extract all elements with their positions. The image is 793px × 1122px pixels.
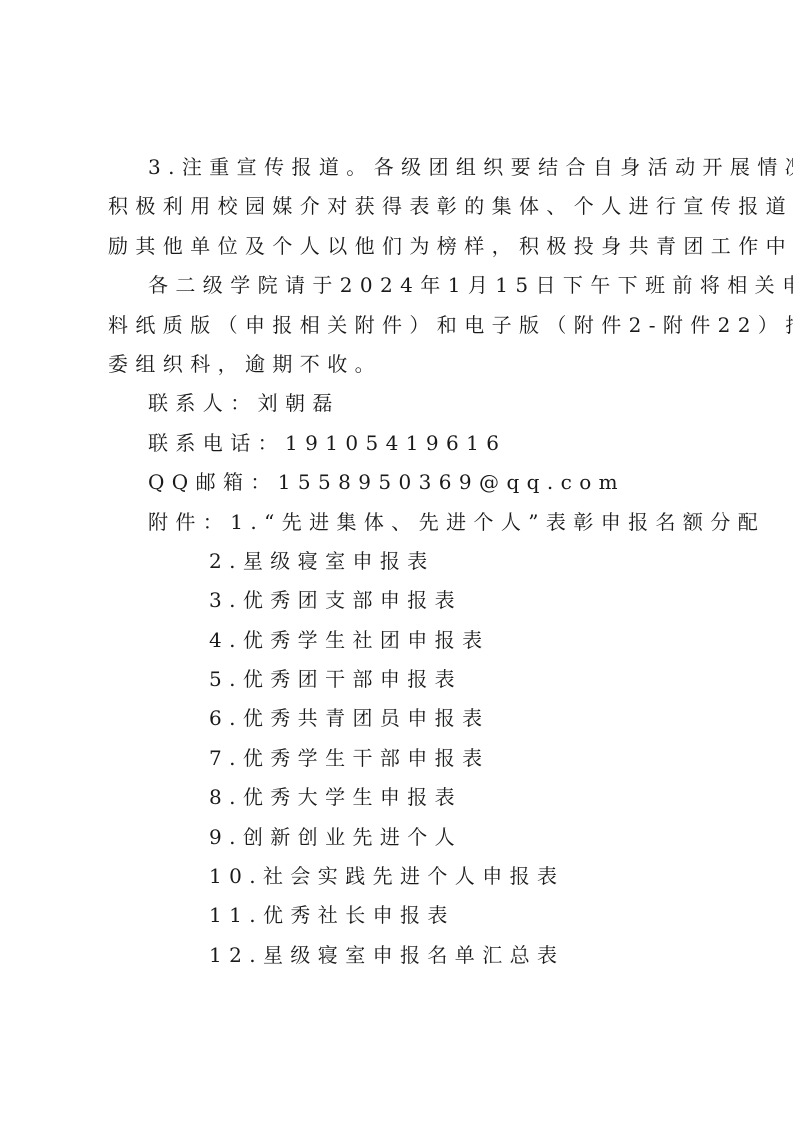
- paragraph-deadline: 各二级学院请于2024年1月15日下午下班前将相关申报材 料纸质版（申报相关附件…: [108, 266, 688, 384]
- attachment-item-10: 10.社会实践先进个人申报表: [108, 857, 688, 896]
- contact-person: 联系人：刘朝磊: [108, 384, 688, 423]
- document-page: 3.注重宣传报道。各级团组织要结合自身活动开展情况， 积极利用校园媒介对获得表彰…: [108, 148, 688, 975]
- text-line: 料纸质版（申报相关附件）和电子版（附件2-附件22）报送团: [108, 306, 688, 345]
- attachment-item-9: 9.创新创业先进个人: [108, 818, 688, 857]
- text-line: 励其他单位及个人以他们为榜样，积极投身共青团工作中去。: [108, 227, 688, 266]
- paragraph-publicity: 3.注重宣传报道。各级团组织要结合自身活动开展情况， 积极利用校园媒介对获得表彰…: [108, 148, 688, 266]
- attachment-item-12: 12.星级寝室申报名单汇总表: [108, 936, 688, 975]
- attachment-item-5: 5.优秀团干部申报表: [108, 660, 688, 699]
- attachment-list: 附件：1.“先进集体、先进个人”表彰申报名额分配 2.星级寝室申报表 3.优秀团…: [108, 503, 688, 976]
- attachment-item-3: 3.优秀团支部申报表: [108, 581, 688, 620]
- attachment-item-6: 6.优秀共青团员申报表: [108, 699, 688, 738]
- attachment-item-7: 7.优秀学生干部申报表: [108, 739, 688, 778]
- text-line: 3.注重宣传报道。各级团组织要结合自身活动开展情况，: [108, 148, 688, 187]
- attachment-item-11: 11.优秀社长申报表: [108, 896, 688, 935]
- text-line: 积极利用校园媒介对获得表彰的集体、个人进行宣传报道，激: [108, 187, 688, 226]
- attachment-item-2: 2.星级寝室申报表: [108, 542, 688, 581]
- text-line: 各二级学院请于2024年1月15日下午下班前将相关申报材: [108, 266, 688, 305]
- attachment-item-8: 8.优秀大学生申报表: [108, 778, 688, 817]
- contact-phone: 联系电话：19105419616: [108, 424, 688, 463]
- attachment-item-4: 4.优秀学生社团申报表: [108, 621, 688, 660]
- contact-block: 联系人：刘朝磊 联系电话：19105419616 QQ邮箱：1558950369…: [108, 384, 688, 502]
- text-line: 委组织科，逾期不收。: [108, 345, 688, 384]
- attachment-item-1: 附件：1.“先进集体、先进个人”表彰申报名额分配: [108, 503, 688, 542]
- contact-email: QQ邮箱：1558950369@qq.com: [108, 463, 688, 502]
